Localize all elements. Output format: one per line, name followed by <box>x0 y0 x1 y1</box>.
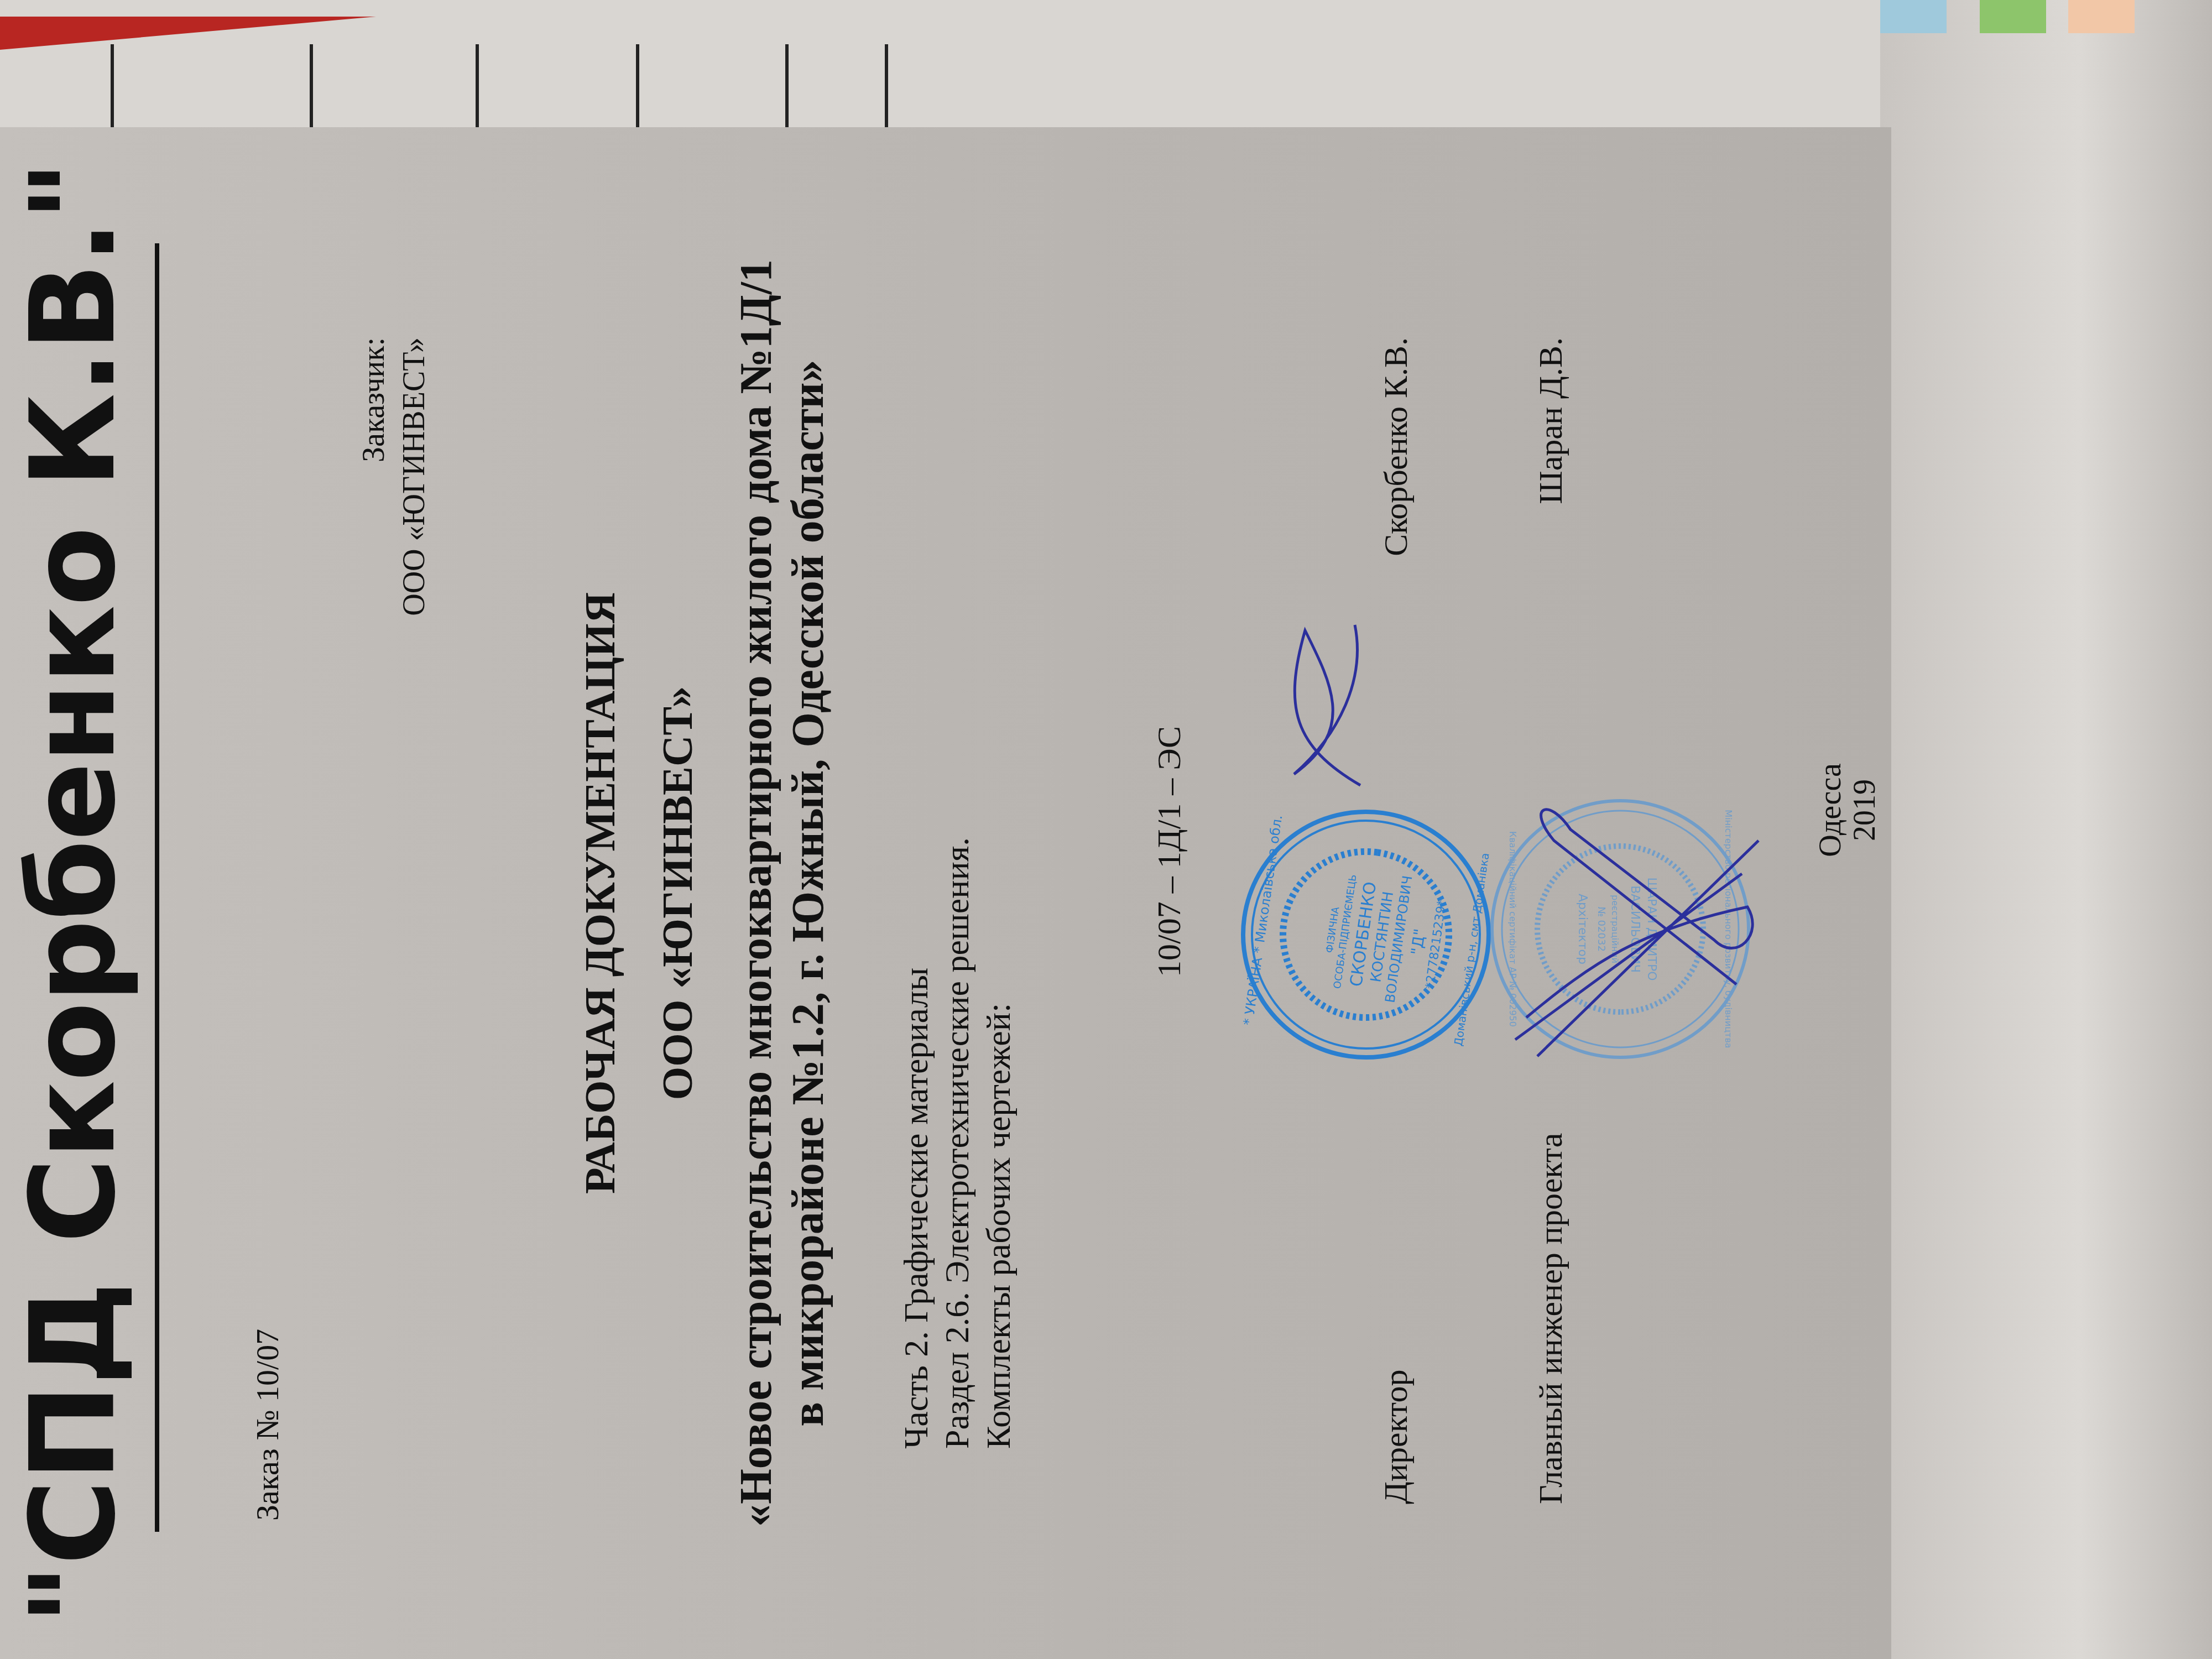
sticky-note <box>2068 0 2135 33</box>
chief-engineer-signature-icon <box>1504 785 1770 1073</box>
section-line: Раздел 2.6. Электротехнические решения. <box>937 837 978 1449</box>
customer-label: Заказчик: <box>354 337 394 616</box>
document-page-wrapper: "СПД Скорбенко К.В." Заказ № 10/07 Заказ… <box>0 127 1891 1659</box>
director-role: Директор <box>1377 1370 1415 1504</box>
drawing-code: 10/07 – 1Д/1 – ЭС <box>1150 127 1188 1659</box>
firm-title: "СПД Скорбенко К.В." <box>6 127 141 1659</box>
drawing-line <box>785 44 789 127</box>
year: 2019 <box>1848 127 1882 1493</box>
city-year-block: Одесса 2019 <box>1814 127 1882 1659</box>
project-title-line: в микрорайоне №1.2, г. Южный, Одесской о… <box>782 127 834 1659</box>
order-number: Заказ № 10/07 <box>249 1329 286 1521</box>
project-title: «Новое строительство многоквартирного жи… <box>730 127 834 1659</box>
part-line: Часть 2. Графические материалы <box>896 837 937 1449</box>
title-underline <box>155 243 159 1532</box>
drawing-line <box>111 44 114 127</box>
document-organization: ООО «ЮГИНВЕСТ» <box>653 127 702 1659</box>
director-signature-icon <box>1272 614 1383 796</box>
background-paper-stack <box>1880 0 2212 1659</box>
parts-block: Часть 2. Графические материалы Раздел 2.… <box>896 837 1019 1449</box>
chief-engineer-name: Шаран Д.В. <box>1532 337 1570 504</box>
stamp-individual-entrepreneur-icon: ФІЗИЧНА ОСОБА-ПІДПРИЄМЕЦЬ СКОРБЕНКО КОСТ… <box>1222 791 1510 1078</box>
svg-text:* УКРАЇНА * Миколаївська обл.: * УКРАЇНА * Миколаївська обл. <box>1240 814 1285 1026</box>
customer-name: ООО «ЮГИНВЕСТ» <box>394 337 435 616</box>
project-title-line: «Новое строительство многоквартирного жи… <box>730 127 782 1659</box>
sets-line: Комплекты рабочих чертежей: <box>978 837 1019 1449</box>
drawing-line <box>636 44 639 127</box>
customer-block: Заказчик: ООО «ЮГИНВЕСТ» <box>354 337 435 616</box>
drawing-line <box>885 44 888 127</box>
document-page: "СПД Скорбенко К.В." Заказ № 10/07 Заказ… <box>0 127 1891 1659</box>
director-name: Скорбенко К.В. <box>1377 337 1415 556</box>
drawing-line <box>310 44 313 127</box>
city: Одесса <box>1814 127 1848 1493</box>
sticky-note <box>1880 0 1947 33</box>
document-kind: РАБОЧАЯ ДОКУМЕНТАЦИЯ <box>575 127 625 1659</box>
red-bookmark-tab <box>0 17 376 50</box>
drawing-line <box>476 44 479 127</box>
sticky-note <box>1980 0 2046 33</box>
chief-engineer-role: Главный инженер проекта <box>1532 1133 1570 1504</box>
svg-text:"Д": "Д" <box>1407 927 1429 956</box>
